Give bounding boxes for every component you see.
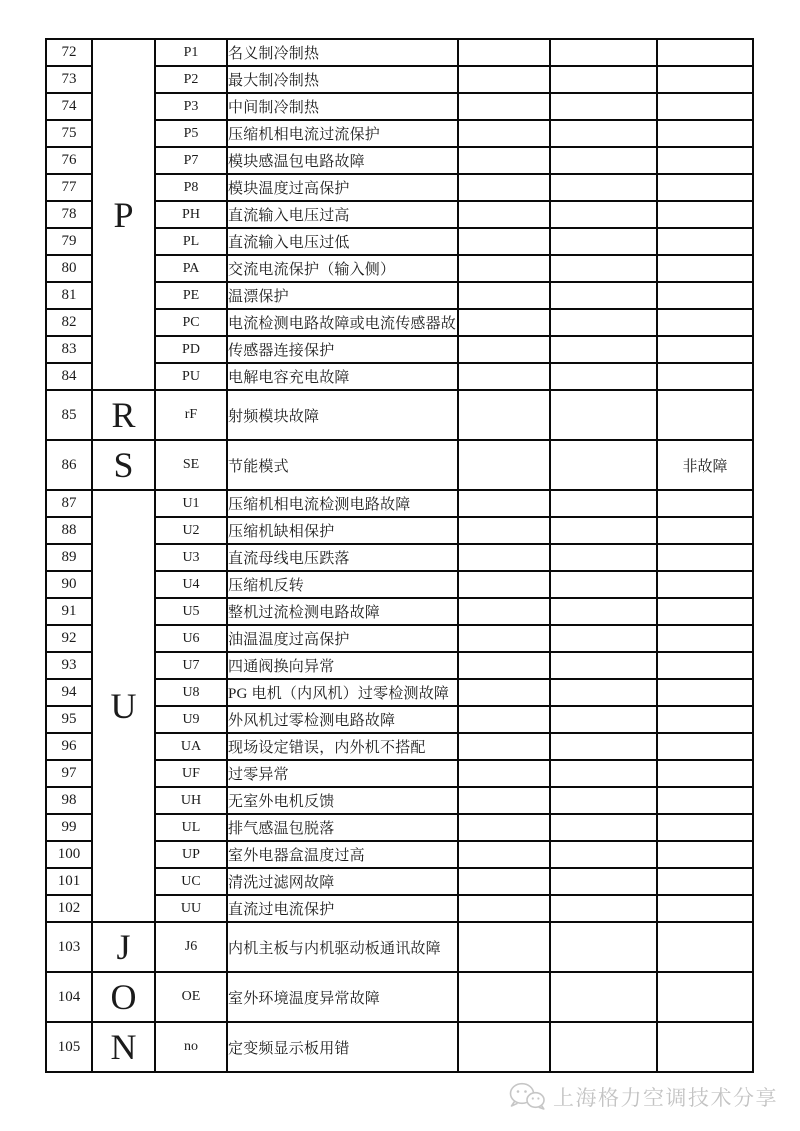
row-number: 86 xyxy=(46,440,92,490)
empty-cell xyxy=(458,625,550,652)
fault-code: PE xyxy=(155,282,227,309)
fault-description: 模块温度过高保护 xyxy=(227,174,458,201)
empty-cell xyxy=(550,490,657,517)
empty-cell xyxy=(458,787,550,814)
note-cell xyxy=(657,706,753,733)
empty-cell xyxy=(458,706,550,733)
note-cell xyxy=(657,66,753,93)
fault-description: 压缩机相电流过流保护 xyxy=(227,120,458,147)
fault-code: P2 xyxy=(155,66,227,93)
fault-description: 名义制冷制热 xyxy=(227,39,458,66)
empty-cell xyxy=(550,517,657,544)
fault-description: 压缩机反转 xyxy=(227,571,458,598)
group-letter: J xyxy=(92,922,155,972)
fault-description: 无室外电机反馈 xyxy=(227,787,458,814)
note-cell xyxy=(657,255,753,282)
row-number: 83 xyxy=(46,336,92,363)
fault-code: PL xyxy=(155,228,227,255)
empty-cell xyxy=(550,282,657,309)
empty-cell xyxy=(550,895,657,922)
row-number: 98 xyxy=(46,787,92,814)
fault-description: 传感器连接保护 xyxy=(227,336,458,363)
row-number: 80 xyxy=(46,255,92,282)
empty-cell xyxy=(550,390,657,440)
note-cell xyxy=(657,922,753,972)
empty-cell xyxy=(458,652,550,679)
fault-code: UP xyxy=(155,841,227,868)
empty-cell xyxy=(458,972,550,1022)
empty-cell xyxy=(550,679,657,706)
table-row: 103JJ6内机主板与内机驱动板通讯故障 xyxy=(46,922,753,972)
empty-cell xyxy=(550,120,657,147)
empty-cell xyxy=(458,228,550,255)
fault-code: U6 xyxy=(155,625,227,652)
note-cell xyxy=(657,201,753,228)
fault-description: 交流电流保护（输入侧） xyxy=(227,255,458,282)
fault-description: 室外电器盒温度过高 xyxy=(227,841,458,868)
fault-code: J6 xyxy=(155,922,227,972)
note-cell xyxy=(657,598,753,625)
empty-cell xyxy=(550,228,657,255)
empty-cell xyxy=(550,922,657,972)
empty-cell xyxy=(550,147,657,174)
empty-cell xyxy=(458,841,550,868)
row-number: 95 xyxy=(46,706,92,733)
empty-cell xyxy=(458,544,550,571)
empty-cell xyxy=(550,255,657,282)
note-cell xyxy=(657,652,753,679)
fault-description: 内机主板与内机驱动板通讯故障 xyxy=(227,922,458,972)
note-cell xyxy=(657,93,753,120)
empty-cell xyxy=(550,625,657,652)
empty-cell xyxy=(458,922,550,972)
table-row: 86SSE节能模式非故障 xyxy=(46,440,753,490)
note-cell xyxy=(657,895,753,922)
empty-cell xyxy=(458,760,550,787)
fault-code: PD xyxy=(155,336,227,363)
empty-cell xyxy=(550,201,657,228)
row-number: 85 xyxy=(46,390,92,440)
fault-code: UF xyxy=(155,760,227,787)
fault-code: U4 xyxy=(155,571,227,598)
fault-description: 模块感温包电路故障 xyxy=(227,147,458,174)
watermark: 上海格力空调技术分享 xyxy=(508,1081,778,1112)
fault-code: rF xyxy=(155,390,227,440)
fault-code: P8 xyxy=(155,174,227,201)
fault-code: no xyxy=(155,1022,227,1072)
fault-code: PU xyxy=(155,363,227,390)
empty-cell xyxy=(458,201,550,228)
note-cell xyxy=(657,282,753,309)
note-cell xyxy=(657,363,753,390)
note-cell xyxy=(657,39,753,66)
empty-cell xyxy=(550,787,657,814)
empty-cell xyxy=(458,1022,550,1072)
group-letter: S xyxy=(92,440,155,490)
fault-description: PG 电机（内风机）过零检测故障 xyxy=(227,679,458,706)
empty-cell xyxy=(458,733,550,760)
group-letter: N xyxy=(92,1022,155,1072)
note-cell xyxy=(657,336,753,363)
group-letter: O xyxy=(92,972,155,1022)
fault-code-table: 72PP1名义制冷制热73P2最大制冷制热74P3中间制冷制热75P5压缩机相电… xyxy=(45,38,754,1073)
empty-cell xyxy=(550,868,657,895)
note-cell: 非故障 xyxy=(657,440,753,490)
note-cell xyxy=(657,625,753,652)
empty-cell xyxy=(458,679,550,706)
row-number: 103 xyxy=(46,922,92,972)
empty-cell xyxy=(550,733,657,760)
row-number: 104 xyxy=(46,972,92,1022)
fault-description: 外风机过零检测电路故障 xyxy=(227,706,458,733)
empty-cell xyxy=(458,490,550,517)
empty-cell xyxy=(550,972,657,1022)
row-number: 99 xyxy=(46,814,92,841)
note-cell xyxy=(657,544,753,571)
row-number: 96 xyxy=(46,733,92,760)
row-number: 91 xyxy=(46,598,92,625)
fault-description: 排气感温包脱落 xyxy=(227,814,458,841)
row-number: 84 xyxy=(46,363,92,390)
row-number: 82 xyxy=(46,309,92,336)
fault-description: 室外环境温度异常故障 xyxy=(227,972,458,1022)
row-number: 105 xyxy=(46,1022,92,1072)
empty-cell xyxy=(458,336,550,363)
watermark-text: 上海格力空调技术分享 xyxy=(553,1082,778,1112)
empty-cell xyxy=(458,147,550,174)
note-cell xyxy=(657,868,753,895)
row-number: 100 xyxy=(46,841,92,868)
fault-description: 电流检测电路故障或电流传感器故障 xyxy=(227,309,458,336)
fault-description: 过零异常 xyxy=(227,760,458,787)
note-cell xyxy=(657,760,753,787)
note-cell xyxy=(657,1022,753,1072)
empty-cell xyxy=(458,93,550,120)
empty-cell xyxy=(458,440,550,490)
empty-cell xyxy=(550,571,657,598)
row-number: 88 xyxy=(46,517,92,544)
wechat-icon xyxy=(508,1081,546,1112)
empty-cell xyxy=(458,363,550,390)
fault-code: UH xyxy=(155,787,227,814)
fault-table-body: 72PP1名义制冷制热73P2最大制冷制热74P3中间制冷制热75P5压缩机相电… xyxy=(46,39,753,1072)
fault-code: U9 xyxy=(155,706,227,733)
table-row: 105Nno定变频显示板用错 xyxy=(46,1022,753,1072)
fault-description: 四通阀换向异常 xyxy=(227,652,458,679)
note-cell xyxy=(657,571,753,598)
row-number: 78 xyxy=(46,201,92,228)
empty-cell xyxy=(458,255,550,282)
fault-code: P1 xyxy=(155,39,227,66)
row-number: 93 xyxy=(46,652,92,679)
empty-cell xyxy=(458,309,550,336)
empty-cell xyxy=(550,363,657,390)
group-letter: U xyxy=(92,490,155,922)
empty-cell xyxy=(550,814,657,841)
row-number: 74 xyxy=(46,93,92,120)
empty-cell xyxy=(550,440,657,490)
fault-code: P3 xyxy=(155,93,227,120)
row-number: 90 xyxy=(46,571,92,598)
empty-cell xyxy=(458,120,550,147)
empty-cell xyxy=(550,336,657,363)
empty-cell xyxy=(550,652,657,679)
fault-code: UL xyxy=(155,814,227,841)
row-number: 102 xyxy=(46,895,92,922)
fault-description: 直流输入电压过高 xyxy=(227,201,458,228)
empty-cell xyxy=(458,895,550,922)
fault-description: 油温温度过高保护 xyxy=(227,625,458,652)
note-cell xyxy=(657,972,753,1022)
note-cell xyxy=(657,787,753,814)
fault-description: 中间制冷制热 xyxy=(227,93,458,120)
row-number: 72 xyxy=(46,39,92,66)
fault-description: 压缩机缺相保护 xyxy=(227,517,458,544)
row-number: 77 xyxy=(46,174,92,201)
row-number: 101 xyxy=(46,868,92,895)
empty-cell xyxy=(550,760,657,787)
empty-cell xyxy=(550,1022,657,1072)
fault-description: 最大制冷制热 xyxy=(227,66,458,93)
fault-code: UU xyxy=(155,895,227,922)
empty-cell xyxy=(550,706,657,733)
note-cell xyxy=(657,679,753,706)
fault-description: 现场设定错误，内外机不搭配 xyxy=(227,733,458,760)
fault-code: PC xyxy=(155,309,227,336)
note-cell xyxy=(657,174,753,201)
fault-description: 整机过流检测电路故障 xyxy=(227,598,458,625)
empty-cell xyxy=(550,39,657,66)
empty-cell xyxy=(458,390,550,440)
fault-description: 定变频显示板用错 xyxy=(227,1022,458,1072)
fault-description: 温漂保护 xyxy=(227,282,458,309)
fault-code: P7 xyxy=(155,147,227,174)
empty-cell xyxy=(458,571,550,598)
note-cell xyxy=(657,814,753,841)
empty-cell xyxy=(458,517,550,544)
row-number: 92 xyxy=(46,625,92,652)
empty-cell xyxy=(550,66,657,93)
note-cell xyxy=(657,390,753,440)
note-cell xyxy=(657,309,753,336)
fault-description: 直流输入电压过低 xyxy=(227,228,458,255)
row-number: 89 xyxy=(46,544,92,571)
empty-cell xyxy=(458,39,550,66)
note-cell xyxy=(657,517,753,544)
table-row: 104OOE室外环境温度异常故障 xyxy=(46,972,753,1022)
empty-cell xyxy=(458,174,550,201)
table-row: 87UU1压缩机相电流检测电路故障 xyxy=(46,490,753,517)
empty-cell xyxy=(458,598,550,625)
fault-code: U3 xyxy=(155,544,227,571)
fault-description: 直流母线电压跌落 xyxy=(227,544,458,571)
fault-description: 电解电容充电故障 xyxy=(227,363,458,390)
empty-cell xyxy=(458,282,550,309)
fault-code: U5 xyxy=(155,598,227,625)
row-number: 79 xyxy=(46,228,92,255)
note-cell xyxy=(657,733,753,760)
fault-code: OE xyxy=(155,972,227,1022)
table-row: 85RrF射频模块故障 xyxy=(46,390,753,440)
fault-description: 直流过电流保护 xyxy=(227,895,458,922)
table-row: 72PP1名义制冷制热 xyxy=(46,39,753,66)
note-cell xyxy=(657,228,753,255)
empty-cell xyxy=(550,174,657,201)
fault-code: U8 xyxy=(155,679,227,706)
row-number: 97 xyxy=(46,760,92,787)
empty-cell xyxy=(550,309,657,336)
fault-code: SE xyxy=(155,440,227,490)
note-cell xyxy=(657,841,753,868)
fault-description: 清洗过滤网故障 xyxy=(227,868,458,895)
empty-cell xyxy=(550,544,657,571)
fault-code: PH xyxy=(155,201,227,228)
note-cell xyxy=(657,147,753,174)
fault-code: P5 xyxy=(155,120,227,147)
fault-description: 压缩机相电流检测电路故障 xyxy=(227,490,458,517)
fault-code: UC xyxy=(155,868,227,895)
fault-code: U2 xyxy=(155,517,227,544)
document-page: 72PP1名义制冷制热73P2最大制冷制热74P3中间制冷制热75P5压缩机相电… xyxy=(0,0,800,1131)
group-letter: P xyxy=(92,39,155,390)
empty-cell xyxy=(458,66,550,93)
fault-code: PA xyxy=(155,255,227,282)
empty-cell xyxy=(550,841,657,868)
note-cell xyxy=(657,490,753,517)
note-cell xyxy=(657,120,753,147)
row-number: 75 xyxy=(46,120,92,147)
row-number: 73 xyxy=(46,66,92,93)
fault-description: 节能模式 xyxy=(227,440,458,490)
empty-cell xyxy=(458,868,550,895)
empty-cell xyxy=(458,814,550,841)
row-number: 81 xyxy=(46,282,92,309)
fault-code: U7 xyxy=(155,652,227,679)
row-number: 76 xyxy=(46,147,92,174)
empty-cell xyxy=(550,93,657,120)
row-number: 94 xyxy=(46,679,92,706)
group-letter: R xyxy=(92,390,155,440)
row-number: 87 xyxy=(46,490,92,517)
empty-cell xyxy=(550,598,657,625)
fault-code: U1 xyxy=(155,490,227,517)
fault-description: 射频模块故障 xyxy=(227,390,458,440)
fault-code: UA xyxy=(155,733,227,760)
